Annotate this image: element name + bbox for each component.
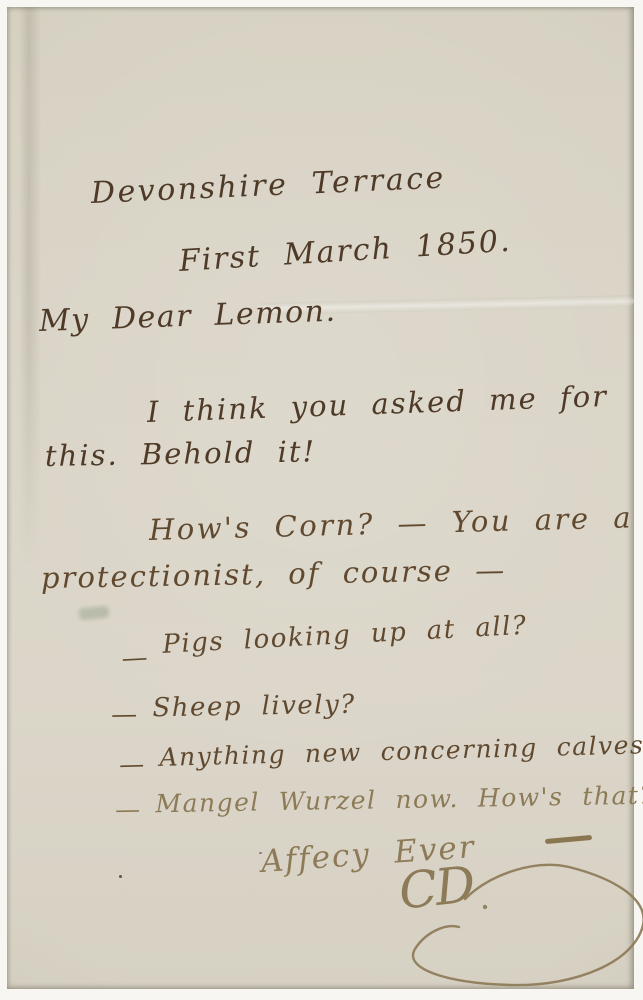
list-dash: — bbox=[111, 701, 139, 730]
list-dash: — bbox=[115, 796, 142, 824]
letter-body-line: this. Behold it! bbox=[45, 436, 317, 473]
list-item-text: Pigs looking up at all? bbox=[162, 612, 528, 660]
emphasis-underline bbox=[545, 835, 592, 844]
letter-body-line: protectionist, of course — bbox=[41, 555, 507, 595]
letter-list-item: — Sheep lively? bbox=[111, 691, 356, 724]
letter-list-item: — Mangel Wurzel now. How's that? bbox=[115, 782, 643, 819]
letter-address: Devonshire Terrace bbox=[90, 162, 446, 210]
letter-body-line: How's Corn? — You are a bbox=[149, 502, 634, 547]
ink-bleed-mark bbox=[78, 605, 109, 620]
list-item-text: Mangel Wurzel now. How's that? bbox=[155, 782, 643, 818]
list-item-text: Sheep lively? bbox=[152, 691, 356, 723]
letter-date: First March 1850. bbox=[178, 225, 512, 278]
paper-fold-crease bbox=[19, 7, 41, 567]
letter-scan: Devonshire Terrace First March 1850. My … bbox=[0, 0, 643, 1000]
letter-paper: Devonshire Terrace First March 1850. My … bbox=[7, 7, 634, 989]
letter-list-item: — Pigs looking up at all? bbox=[120, 612, 528, 662]
list-dash: — bbox=[121, 644, 150, 674]
signature-flourish bbox=[355, 847, 643, 1000]
letter-list-item: — Anything new concerning calves? bbox=[119, 731, 643, 773]
list-dash: — bbox=[119, 750, 146, 778]
letter-salutation: My Dear Lemon. bbox=[38, 295, 337, 338]
list-item-text: Anything new concerning calves? bbox=[159, 731, 643, 772]
paper-speck bbox=[119, 875, 122, 878]
letter-body-line: I think you asked me for bbox=[146, 381, 608, 429]
